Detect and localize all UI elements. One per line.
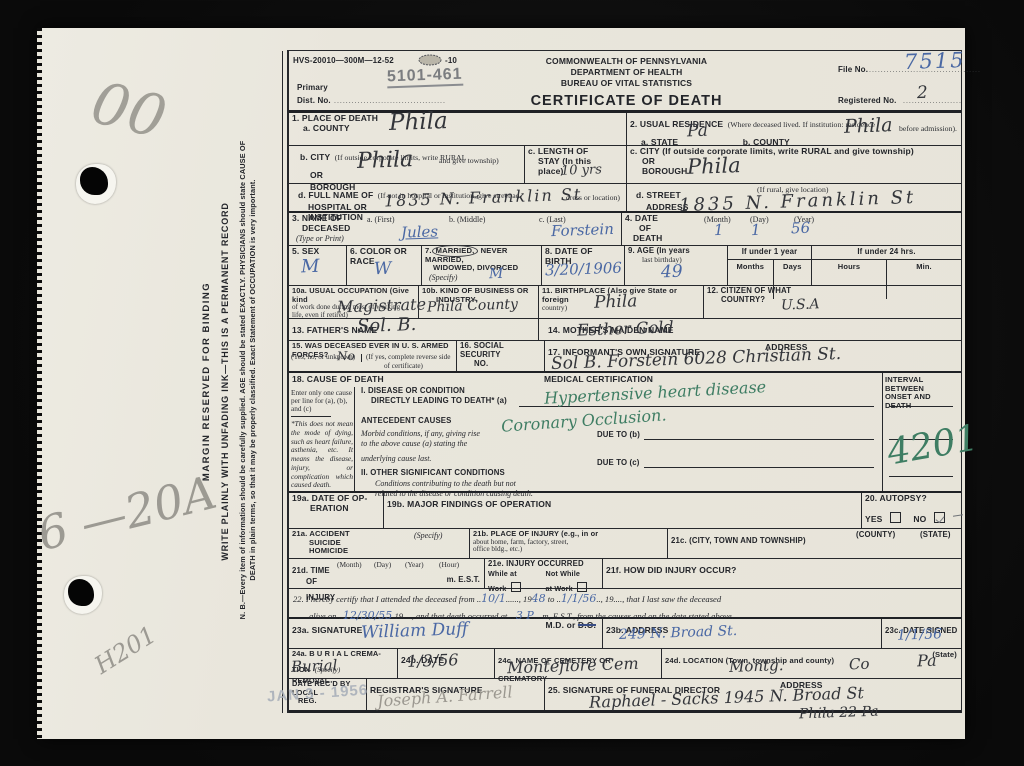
certificate-title: CERTIFICATE OF DEATH [504, 93, 749, 110]
middle-name-label: b. (Middle) [449, 216, 485, 225]
field-citizen: 12. CITIZEN OF WHAT COUNTRY? [704, 286, 961, 318]
attended-to-value: 1/1/56 [561, 592, 596, 605]
row-registrar: DATE REC'D BY LOCAL REG. REGISTRAR'S SIG… [289, 679, 961, 713]
stub-pencil-top: 00 [85, 68, 173, 152]
full-name-of-label: d. FULL NAME OF [298, 190, 373, 200]
interval-divider [882, 373, 883, 491]
org-line1: COMMONWEALTH OF PENNSYLVANIA [504, 57, 749, 67]
business-value: Phila County [427, 296, 518, 315]
field-injury-city: 21c. (CITY, TOWN AND TOWNSHIP) (COUNTY) … [668, 529, 961, 558]
interval-value: 4201 [884, 417, 981, 473]
morbid-note2: to the above cause (a) stating the [361, 439, 576, 449]
physician-signature-label: 23a. SIGNATURE [292, 625, 362, 635]
injury-city-label: 21c. (CITY, TOWN AND TOWNSHIP) [671, 536, 806, 545]
cause-note1c: and (c) [291, 405, 353, 413]
field-autopsy: 20. AUTOPSY? YES NO [862, 493, 961, 528]
margin-binding-text: MARGIN RESERVED FOR BINDING [202, 59, 213, 704]
mother-name-value: Esther Gold [577, 317, 674, 339]
field-ssn: 16. SOCIAL SECURITY NO. [457, 341, 545, 371]
certify-p4: .., 19...., that I last saw the deceased [596, 594, 721, 604]
certify-p3: to .. [546, 594, 561, 604]
autopsy-no-checkbox [934, 512, 945, 523]
due-to-b-label: DUE TO (b) [597, 431, 640, 440]
accident-specify-label: (Specify) [414, 531, 442, 541]
registered-no-label: Registered No. [838, 96, 897, 105]
row-place-residence: 1. PLACE OF DEATH a. COUNTY 2. USUAL RES… [289, 113, 961, 146]
certificate-form: HVS-20010—300M—12-52 -10 5101-461 Primar… [287, 50, 962, 713]
punch-hole-dark [68, 579, 94, 606]
nb-line2: DEATH in plain terms, so that it may be … [249, 56, 257, 704]
antecedent-causes-label: ANTECEDENT CAUSES [361, 417, 452, 426]
cause-b-line [644, 439, 874, 440]
disease-condition-label: I. DISEASE OR CONDITION [361, 387, 465, 396]
injury-state-label: (STATE) [920, 531, 951, 540]
place-injury-label3: office bldg., etc.) [473, 546, 664, 554]
due-to-c-label: DUE TO (c) [597, 459, 640, 468]
usual-residence-note2: before admission). [899, 125, 957, 134]
street-label: d. STREET [636, 190, 681, 200]
nb-instructions-text: N. B.—Every item of information should b… [239, 56, 258, 704]
row-city-borough: b. CITY (If outside corporate limits, wr… [289, 146, 961, 184]
marital-line2: WIDOWED, DIVORCED [433, 264, 538, 273]
cause-left-divider [354, 387, 355, 491]
birthplace-value: Phila [594, 291, 638, 313]
field-usual-residence: 2. USUAL RESIDENCE (Where deceased lived… [627, 113, 961, 145]
while-at-label: While at [488, 570, 542, 578]
certify-p2: ......, 19 [506, 594, 532, 604]
citizen-label2: COUNTRY? [721, 296, 958, 305]
field-armed-forces: 15. WAS DECEASED EVER IN U. S. ARMED FOR… [289, 341, 457, 371]
location-value-county: Montg. [729, 656, 784, 676]
cause-note-rule [291, 416, 331, 417]
funeral-director-value2: Phila 22 Pa [799, 704, 879, 723]
dist-no-label: Dist. No. [297, 96, 331, 105]
stub-pencil-middle: 6 —20A [32, 465, 221, 561]
row-parents: 13. FATHER'S NAME 14. MOTHER'S MAIDEN NA… [289, 319, 961, 341]
homicide-label: HOMICIDE [309, 547, 466, 556]
color-race-value: W [374, 259, 392, 280]
perforated-edge [37, 28, 42, 739]
field-place-of-death-county: 1. PLACE OF DEATH a. COUNTY [289, 113, 627, 145]
row-physician: 23a. SIGNATURE M.D. or D.O. 23b. ADDRESS… [289, 619, 961, 649]
field-residence-city: c. CITY (If outside corporate limits, wr… [627, 146, 961, 183]
write-plainly-text: WRITE PLAINLY WITH UNFADING INK—THIS IS … [220, 59, 230, 704]
injury-day-label: (Day) [374, 561, 391, 569]
burial-type-value: Burial [291, 656, 338, 676]
row-name-dod: 3. NAME OF DECEASED (Type or Print) a. (… [289, 213, 961, 246]
form-code-suffix: -10 [445, 56, 457, 65]
usual-residence-label: 2. USUAL RESIDENCE [630, 119, 723, 129]
registered-no-leader: .................... [903, 98, 962, 105]
disease-condition-label2: DIRECTLY LEADING TO DEATH* (a) [371, 397, 507, 406]
residence-county-value: Phila [844, 114, 893, 138]
field-date-of-operation: 19a. DATE OF OP- ERATION [289, 493, 384, 528]
location-value-co: Co [849, 655, 870, 674]
file-no-label: File No. [838, 65, 868, 74]
union-label-icon [417, 54, 443, 66]
row-time-of-injury: 21d. TIME (Month) (Day) (Year) (Hour) OF… [289, 559, 961, 589]
date-signed-value: 1/1/56 [897, 626, 943, 644]
dob-value: 3/20/1906 [545, 259, 623, 280]
stub-pencil-low: H201 [90, 620, 161, 679]
sex-value: M [301, 256, 320, 278]
field-accident-suicide: 21a. ACCIDENT SUICIDE HOMICIDE (Specify) [289, 529, 470, 558]
other-significant-note1: Conditions contributing to the death but… [375, 479, 533, 489]
last-name-value: Forstein [551, 220, 614, 240]
scanned-death-certificate: 00 6 —20A H201 MARGIN RESERVED FOR BINDI… [0, 0, 1024, 766]
autopsy-yes-checkbox [890, 512, 901, 523]
autopsy-label: 20. AUTOPSY? [865, 494, 958, 504]
org-line3: BUREAU OF VITAL STATISTICS [504, 79, 749, 89]
row-institution-street: d. FULL NAME OF (If not in hospital or i… [289, 184, 961, 213]
md-label: M.D. or [546, 620, 578, 630]
row-accident: 21a. ACCIDENT SUICIDE HOMICIDE (Specify)… [289, 529, 961, 559]
father-name-value: Sol. B. [357, 314, 417, 337]
row-burial: 24a. B U R I A L CREMA- TION (Specify) R… [289, 649, 961, 679]
row-cause-of-death: 18. CAUSE OF DEATH Enter only one cause … [289, 373, 961, 493]
age-label2: last birthday) [642, 256, 724, 264]
ssn-label2: NO. [474, 360, 541, 369]
date-operation-label2: ERATION [310, 504, 380, 514]
row-forces-ssn-informant: 15. WAS DECEASED EVER IN U. S. ARMED FOR… [289, 341, 961, 373]
physician-signature-value: William Duff [361, 619, 469, 643]
major-findings-label: 19b. MAJOR FINDINGS OF OPERATION [387, 499, 551, 509]
field-injury-occurred: 21e. INJURY OCCURRED While atWork Not Wh… [485, 559, 603, 588]
other-significant-label: II. OTHER SIGNIFICANT CONDITIONS [361, 469, 505, 478]
city-note2: and give township) [439, 157, 499, 166]
field-marital-status: 7.MARRIED, NEVER MARRIED, WIDOWED, DIVOR… [422, 246, 542, 285]
cause-c-line [644, 467, 874, 468]
time-injury-label: 21d. TIME [292, 566, 330, 575]
county-label: a. COUNTY [303, 124, 623, 134]
dod-year-value: 56 [791, 219, 811, 238]
attended-from-year-value: 48 [532, 592, 546, 605]
morbid-note1: Morbid conditions, if any, giving rise [361, 429, 576, 439]
dod-day-value: 1 [751, 221, 761, 239]
registered-no-value: 2 [917, 83, 929, 103]
certify-p1: 22. I hereby certify that I attended the… [293, 594, 481, 604]
citizen-value: U.S.A [781, 296, 820, 313]
injury-hour-label: (Hour) [439, 561, 459, 569]
length-of-stay-value: 10 yrs [561, 162, 602, 178]
primary-label: Primary [297, 83, 328, 92]
interval-line-c [889, 476, 953, 477]
do-label: D.O. [578, 620, 596, 630]
autopsy-pen-stroke [953, 514, 963, 517]
punch-hole-top [76, 164, 116, 204]
injury-est-label: m. E.S.T. [447, 576, 480, 585]
dist-no-leader: ...................................... [334, 98, 446, 105]
injury-month-label: (Month) [337, 561, 362, 569]
attended-from-value: 10/1 [481, 592, 506, 605]
city-value: Phila [357, 147, 414, 174]
row-certify: 22. I hereby certify that I attended the… [289, 589, 961, 619]
age-value: 49 [661, 262, 683, 283]
marital-specify: (Specify) [429, 273, 538, 283]
field-place-of-injury: 21b. PLACE OF INJURY (e.g., in or about … [470, 529, 668, 558]
injury-county-label: (COUNTY) [856, 531, 895, 540]
cause-note2: *This does not mean the mode of dying, s… [291, 420, 353, 490]
interval-label1: INTERVAL BETWEEN [885, 376, 959, 393]
marital-num: 7. [425, 246, 432, 255]
punch-hole-bottom [64, 576, 102, 614]
ssn-label: 16. SOCIAL SECURITY [460, 342, 541, 360]
residence-city-label: c. CITY (If outside corporate limits, wr… [630, 146, 914, 156]
field-under-24-hrs: If under 24 hrs. HoursMin. [812, 246, 961, 285]
punch-hole-dark [80, 167, 108, 195]
form-code: HVS-20010—300M—12-52 [293, 56, 394, 65]
autopsy-no-label: NO [913, 514, 926, 524]
org-line2: DEPARTMENT OF HEALTH [504, 68, 749, 78]
how-injury-label: 21f. HOW DID INJURY OCCUR? [606, 565, 736, 575]
dod-month-value: 1 [714, 221, 724, 239]
injury-year-label: (Year) [405, 561, 424, 569]
not-while-label: Not While [546, 570, 600, 578]
interval-label2: ONSET AND DEATH [885, 393, 959, 410]
row-operation-autopsy: 19a. DATE OF OP- ERATION 19b. MAJOR FIND… [289, 493, 961, 529]
city-label: b. CITY [300, 152, 330, 162]
field-how-injury: 21f. HOW DID INJURY OCCUR? [603, 559, 961, 588]
first-name-label: a. (First) [367, 216, 395, 225]
field-under-1-year: If under 1 year MonthsDays [728, 246, 812, 285]
cause-of-death-label: 18. CAUSE OF DEATH [292, 375, 384, 385]
location-value-state: Pa [917, 651, 937, 671]
under-1-year-label: If under 1 year [728, 246, 811, 260]
state-value: Pa [687, 121, 708, 142]
district-stamp: 5101-461 [387, 66, 463, 89]
field-time-of-injury: 21d. TIME (Month) (Day) (Year) (Hour) OF… [289, 559, 485, 588]
marital-value: M [489, 266, 504, 282]
first-name-value: Jules [401, 222, 439, 241]
morbid-note3: underlying cause last. [361, 454, 431, 463]
burial-date-value: 1/3/56 [407, 650, 459, 671]
row-sex-race-age: 5. SEX 6. COLOR OR RACE 7.MARRIED, NEVER… [289, 246, 961, 286]
armed-forces-value: No [337, 349, 355, 364]
under-24-hrs-label: If under 24 hrs. [812, 246, 961, 260]
interval-line-a [889, 406, 953, 407]
field-major-findings: 19b. MAJOR FINDINGS OF OPERATION [384, 493, 862, 528]
nb-line1: N. B.—Every item of information should b… [239, 56, 247, 704]
county-value: Phila [389, 108, 449, 136]
residence-city-value: Phila [687, 153, 741, 179]
autopsy-yes-label: YES [865, 514, 882, 524]
or-label: OR [310, 170, 323, 180]
injury-occurred-label: 21e. INJURY OCCURRED [488, 560, 599, 569]
form-header: HVS-20010—300M—12-52 -10 5101-461 Primar… [289, 51, 961, 113]
certificate-paper: 00 6 —20A H201 MARGIN RESERVED FOR BINDI… [40, 28, 965, 739]
file-no-value: 7515 [904, 48, 966, 74]
armed-forces-note3: of certificate) [384, 363, 423, 371]
armed-forces-note2: (If yes, complete reverse side [361, 354, 450, 362]
